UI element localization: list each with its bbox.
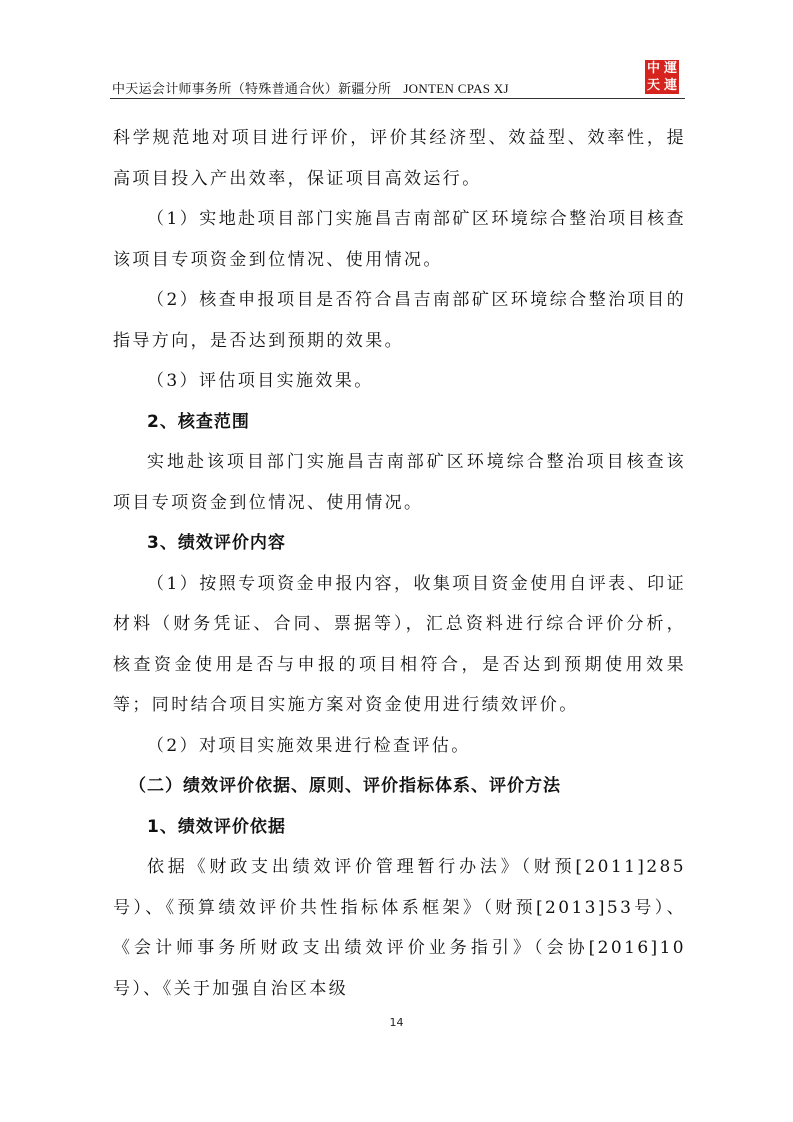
paragraph-item-3: （3）评估项目实施效果。 [113, 361, 686, 402]
paragraph-content-2: （2）对项目实施效果进行检查评估。 [113, 726, 686, 767]
header-divider [110, 98, 685, 99]
paragraph-item-2: （2）核查申报项目是否符合昌吉南部矿区环境综合整治项目的指导方向，是否达到预期的… [113, 280, 686, 361]
paragraph: 科学规范地对项目进行评价，评价其经济型、效益型、效率性，提高项目投入产出效率，保… [113, 118, 686, 199]
document-body: 科学规范地对项目进行评价，评价其经济型、效益型、效率性，提高项目投入产出效率，保… [113, 118, 686, 1009]
heading-evaluation-content: 3、绩效评价内容 [113, 523, 686, 564]
paragraph-scope: 实地赴该项目部门实施昌吉南部矿区环境综合整治项目核查该项目专项资金到位情况、使用… [113, 442, 686, 523]
firm-logo-icon: 中 運 天 連 [645, 60, 679, 94]
paragraph-item-1: （1）实地赴项目部门实施昌吉南部矿区环境综合整治项目核查该项目专项资金到位情况、… [113, 199, 686, 280]
paragraph-content-1: （1）按照专项资金申报内容，收集项目资金使用自评表、印证材料（财务凭证、合同、票… [113, 564, 686, 726]
logo-char: 中 [645, 60, 662, 77]
paragraph-basis: 依据《财政支出绩效评价管理暂行办法》（财预[2011]285号）、《预算绩效评价… [113, 847, 686, 1009]
page-number: 14 [0, 1016, 793, 1029]
logo-char: 運 [662, 60, 679, 77]
firm-name-cn: 中天运会计师事务所（特殊普通合伙）新疆分所 [112, 82, 391, 97]
logo-char: 連 [662, 77, 679, 94]
section-heading-basis-principles: （二）绩效评价依据、原则、评价指标体系、评价方法 [113, 766, 686, 807]
header-firm-name: 中天运会计师事务所（特殊普通合伙）新疆分所JONTEN CPAS XJ [112, 78, 509, 97]
heading-inspection-scope: 2、核查范围 [113, 402, 686, 443]
logo-char: 天 [645, 77, 662, 94]
firm-name-en: JONTEN CPAS XJ [403, 81, 509, 96]
page-header: 中天运会计师事务所（特殊普通合伙）新疆分所JONTEN CPAS XJ 中 運 … [110, 60, 685, 96]
heading-evaluation-basis: 1、绩效评价依据 [113, 807, 686, 848]
